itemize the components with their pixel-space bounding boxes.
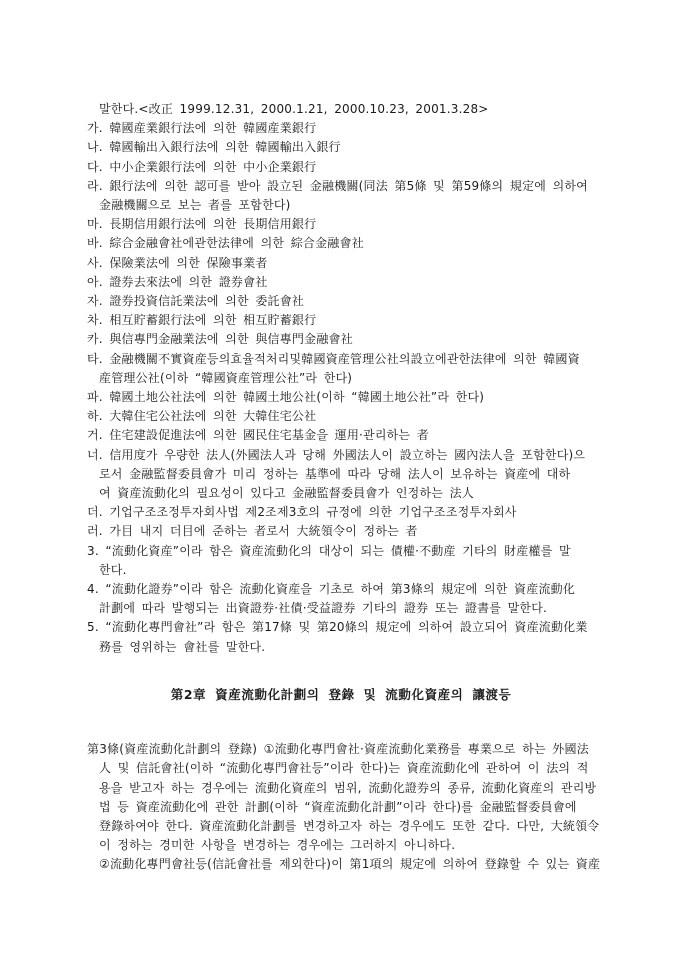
text-line: 産管理公社(이하 “韓國資産管理公社”라 한다)	[87, 369, 595, 388]
text-line: 計劃에 따라 발행되는 出資證券·社債·受益證券 기타의 證券 또는 證書를 말…	[87, 599, 595, 618]
text-line: 법 등 資産流動化에 관한 計劃(이하 “資産流動化計劃”이라 한다)를 金融監…	[87, 798, 595, 817]
text-line: 로서 金融監督委員會가 미리 정하는 基準에 따라 당해 法人이 보유하는 資産…	[87, 465, 595, 484]
text-line: 용을 받고자 하는 경우에는 流動化資産의 범위, 流動化證券의 종류, 流動化…	[87, 779, 595, 798]
text-line: 5. “流動化專門會社”라 함은 第17條 및 第20條의 規定에 의하여 設立…	[87, 618, 595, 637]
document-page: 말한다.<改正 1999.12.31, 2000.1.21, 2000.10.2…	[0, 0, 680, 962]
text-line: 3. “流動化資産”이라 함은 資産流動化의 대상이 되는 債權·不動産 기타의…	[87, 542, 595, 561]
text-line: 이 정하는 경미한 사항을 변경하는 경우에는 그러하지 아니하다.	[87, 836, 595, 855]
document-content: 말한다.<改正 1999.12.31, 2000.1.21, 2000.10.2…	[87, 100, 595, 875]
body-text-block: 말한다.<改正 1999.12.31, 2000.1.21, 2000.10.2…	[87, 100, 595, 657]
text-line: 登錄하여야 한다. 資産流動化計劃를 변경하고자 하는 경우에도 또한 같다. …	[87, 817, 595, 836]
text-line: 더. 기업구조조정투자회사법 제2조제3호의 규정에 의한 기업구조조정투자회사	[87, 503, 595, 522]
text-line: 라. 銀行法에 의한 認可를 받아 設立된 金融機關(同法 第5條 및 第59條…	[87, 177, 595, 196]
text-line: 아. 證券去來法에 의한 證券會社	[87, 273, 595, 292]
text-line: 바. 綜合金融會社에관한法律에 의한 綜合金融會社	[87, 234, 595, 253]
text-line: 務를 영위하는 會社를 말한다.	[87, 638, 595, 657]
text-line: 거. 住宅建設促進法에 의한 國民住宅基金을 運用·관리하는 者	[87, 426, 595, 445]
text-line: 여 資産流動化의 필요성이 있다고 金融監督委員會가 인정하는 法人	[87, 484, 595, 503]
text-line: 차. 相互貯蓄銀行法에 의한 相互貯蓄銀行	[87, 311, 595, 330]
text-line: 타. 金融機關不實資産등의효율적처리및韓國資産管理公社의設立에관한法律에 의한 …	[87, 350, 595, 369]
text-line: 4. “流動化證券”이라 함은 流動化資産을 기초로 하여 第3條의 規定에 의…	[87, 580, 595, 599]
text-line: 카. 與信專門金融業法에 의한 與信專門金融會社	[87, 330, 595, 349]
text-line: 나. 韓國輸出入銀行法에 의한 韓國輸出入銀行	[87, 138, 595, 157]
text-line: 사. 保險業法에 의한 保險事業者	[87, 254, 595, 273]
text-line: ②流動化專門會社등(信託會社를 제외한다)이 第1項의 規定에 의하여 登錄할 …	[87, 855, 595, 874]
text-line: 파. 韓國土地公社法에 의한 韓國土地公社(이하 “韓國土地公社”라 한다)	[87, 388, 595, 407]
text-line: 한다.	[87, 561, 595, 580]
text-line: 金融機關으로 보는 者를 포함한다)	[87, 196, 595, 215]
text-line: 너. 信用度가 우량한 法人(外國法人과 당해 外國法人이 設立하는 國內法人을…	[87, 446, 595, 465]
chapter-heading: 第2章 資産流動化計劃의 登錄 및 流動化資産의 讓渡등	[87, 685, 595, 704]
text-line: 第3條(資産流動化計劃의 登錄) ①流動化專門會社·資産流動化業務를 專業으로 …	[87, 740, 595, 759]
text-line: 다. 中小企業銀行法에 의한 中小企業銀行	[87, 158, 595, 177]
text-line: 러. 가目 내지 더目에 준하는 者로서 大統領令이 정하는 者	[87, 522, 595, 541]
text-line: 마. 長期信用銀行法에 의한 長期信用銀行	[87, 215, 595, 234]
article-text-block: 第3條(資産流動化計劃의 登錄) ①流動化專門會社·資産流動化業務를 專業으로 …	[87, 740, 595, 874]
text-line: 가. 韓國産業銀行法에 의한 韓國産業銀行	[87, 119, 595, 138]
text-line: 자. 證券投資信託業法에 의한 委託會社	[87, 292, 595, 311]
text-line: 말한다.<改正 1999.12.31, 2000.1.21, 2000.10.2…	[87, 100, 595, 119]
text-line: 하. 大韓住宅公社法에 의한 大韓住宅公社	[87, 407, 595, 426]
text-line: 人 및 信託會社(이하 “流動化專門會社등”이라 한다)는 資産流動化에 관하여…	[87, 759, 595, 778]
